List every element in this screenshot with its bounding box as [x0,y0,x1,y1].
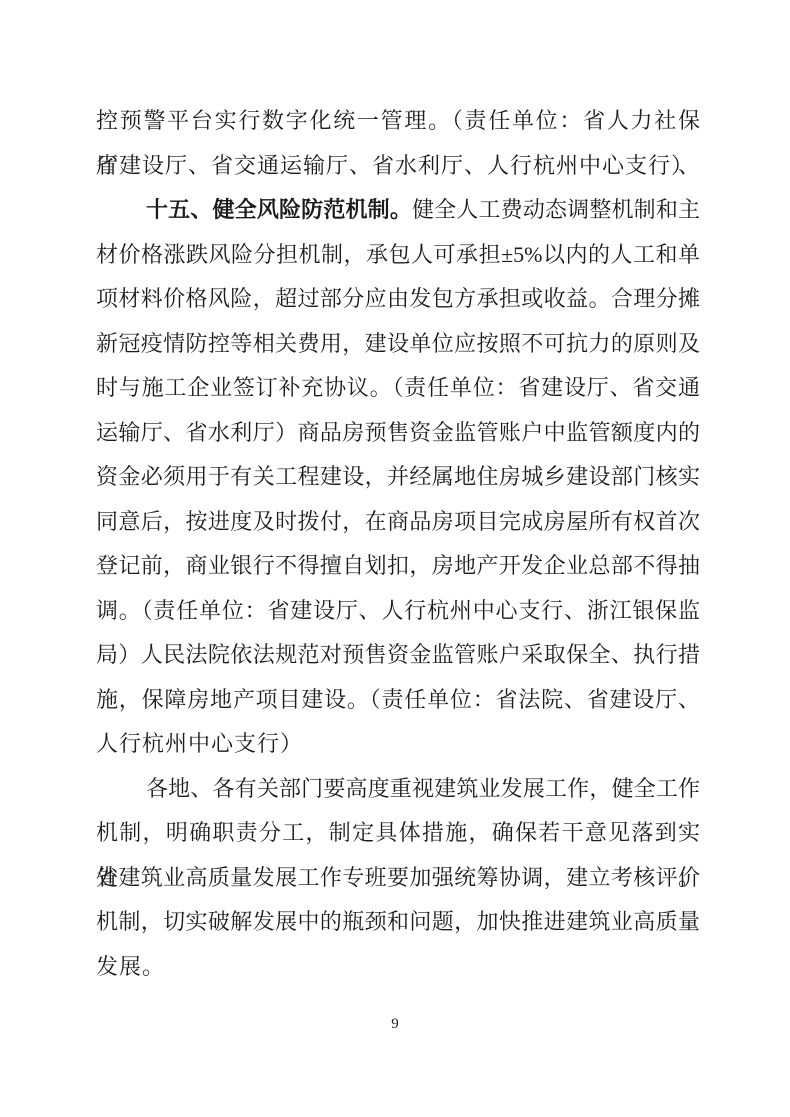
text-run: 人行杭州中心支行） [96,731,303,756]
document-page: 控预警平台实行数字化统一管理。（责任单位：省人力社保厅、省建设厅、省交通运输厅、… [0,0,790,1117]
text-line: 调。（责任单位：省建设厅、人行杭州中心支行、浙江银保监 [96,589,700,634]
text-run: 项材料价格风险，超过部分应由发包方承担或收益。合理分摊 [96,286,700,311]
text-line: 新冠疫情防控等相关费用，建设单位应按照不可抗力的原则及 [96,322,700,367]
text-line: 同意后，按进度及时拨付，在商品房项目完成房屋所有权首次 [96,500,700,545]
text-run: 材价格涨跌风险分担机制，承包人可承担±5%以内的人工和单 [96,242,700,267]
text-run: 登记前，商业银行不得擅自划扣，房地产开发企业总部不得抽 [96,553,700,578]
text-run: 同意后，按进度及时拨付，在商品房项目完成房屋所有权首次 [96,509,700,534]
text-line: 运输厅、省水利厅）商品房预售资金监管账户中监管额度内的 [96,411,700,456]
text-line: 机制，明确职责分工，制定具体措施，确保若干意见落到实处。 [96,811,700,856]
text-line: 时与施工企业签订补充协议。（责任单位：省建设厅、省交通 [96,366,700,411]
text-run: 施，保障房地产项目建设。（责任单位：省法院、省建设厅、 [96,687,700,712]
text-line: 资金必须用于有关工程建设，并经属地住房城乡建设部门核实 [96,455,700,500]
text-run: 局）人民法院依法规范对预售资金监管账户采取保全、执行措 [96,642,700,667]
text-line: 施，保障房地产项目建设。（责任单位：省法院、省建设厅、 [96,678,700,723]
text-line: 项材料价格风险，超过部分应由发包方承担或收益。合理分摊 [96,277,700,322]
text-run: 资金必须用于有关工程建设，并经属地住房城乡建设部门核实 [96,464,700,489]
text-run: 时与施工企业签订补充协议。（责任单位：省建设厅、省交通 [96,375,700,400]
text-line: 十五、健全风险防范机制。健全人工费动态调整机制和主 [96,188,700,233]
text-run: 运输厅、省水利厅）商品房预售资金监管账户中监管额度内的 [96,420,700,445]
section-heading: 十五、健全风险防范机制。 [146,197,412,222]
text-run: 新冠疫情防控等相关费用，建设单位应按照不可抗力的原则及 [96,331,700,356]
text-run: 调。（责任单位：省建设厅、人行杭州中心支行、浙江银保监 [96,598,700,623]
text-run: 各地、各有关部门要高度重视建筑业发展工作，健全工作 [146,776,700,801]
text-line: 各地、各有关部门要高度重视建筑业发展工作，健全工作 [96,767,700,812]
text-run: 发展。 [96,954,165,979]
page-number: 9 [391,1016,399,1032]
text-line: 控预警平台实行数字化统一管理。（责任单位：省人力社保厅、 [96,99,700,144]
text-run: 省建设厅、省交通运输厅、省水利厅、人行杭州中心支行） [96,153,694,178]
text-run: 健全人工费动态调整机制和主 [412,197,700,222]
text-run: 省建筑业高质量发展工作专班要加强统筹协调，建立考核评价 [96,865,700,890]
text-run: 机制，切实破解发展中的瓶颈和问题，加快推进建筑业高质量 [96,909,700,934]
text-line: 登记前，商业银行不得擅自划扣，房地产开发企业总部不得抽 [96,544,700,589]
text-line: 材价格涨跌风险分担机制，承包人可承担±5%以内的人工和单 [96,233,700,278]
text-line: 人行杭州中心支行） [96,722,700,767]
text-line: 发展。 [96,945,700,990]
text-line: 省建筑业高质量发展工作专班要加强统筹协调，建立考核评价 [96,856,700,901]
text-line: 省建设厅、省交通运输厅、省水利厅、人行杭州中心支行） [96,144,700,189]
page-footer: 9 [0,1014,790,1034]
text-line: 局）人民法院依法规范对预售资金监管账户采取保全、执行措 [96,633,700,678]
text-line: 机制，切实破解发展中的瓶颈和问题，加快推进建筑业高质量 [96,900,700,945]
document-lines: 控预警平台实行数字化统一管理。（责任单位：省人力社保厅、省建设厅、省交通运输厅、… [96,99,700,989]
